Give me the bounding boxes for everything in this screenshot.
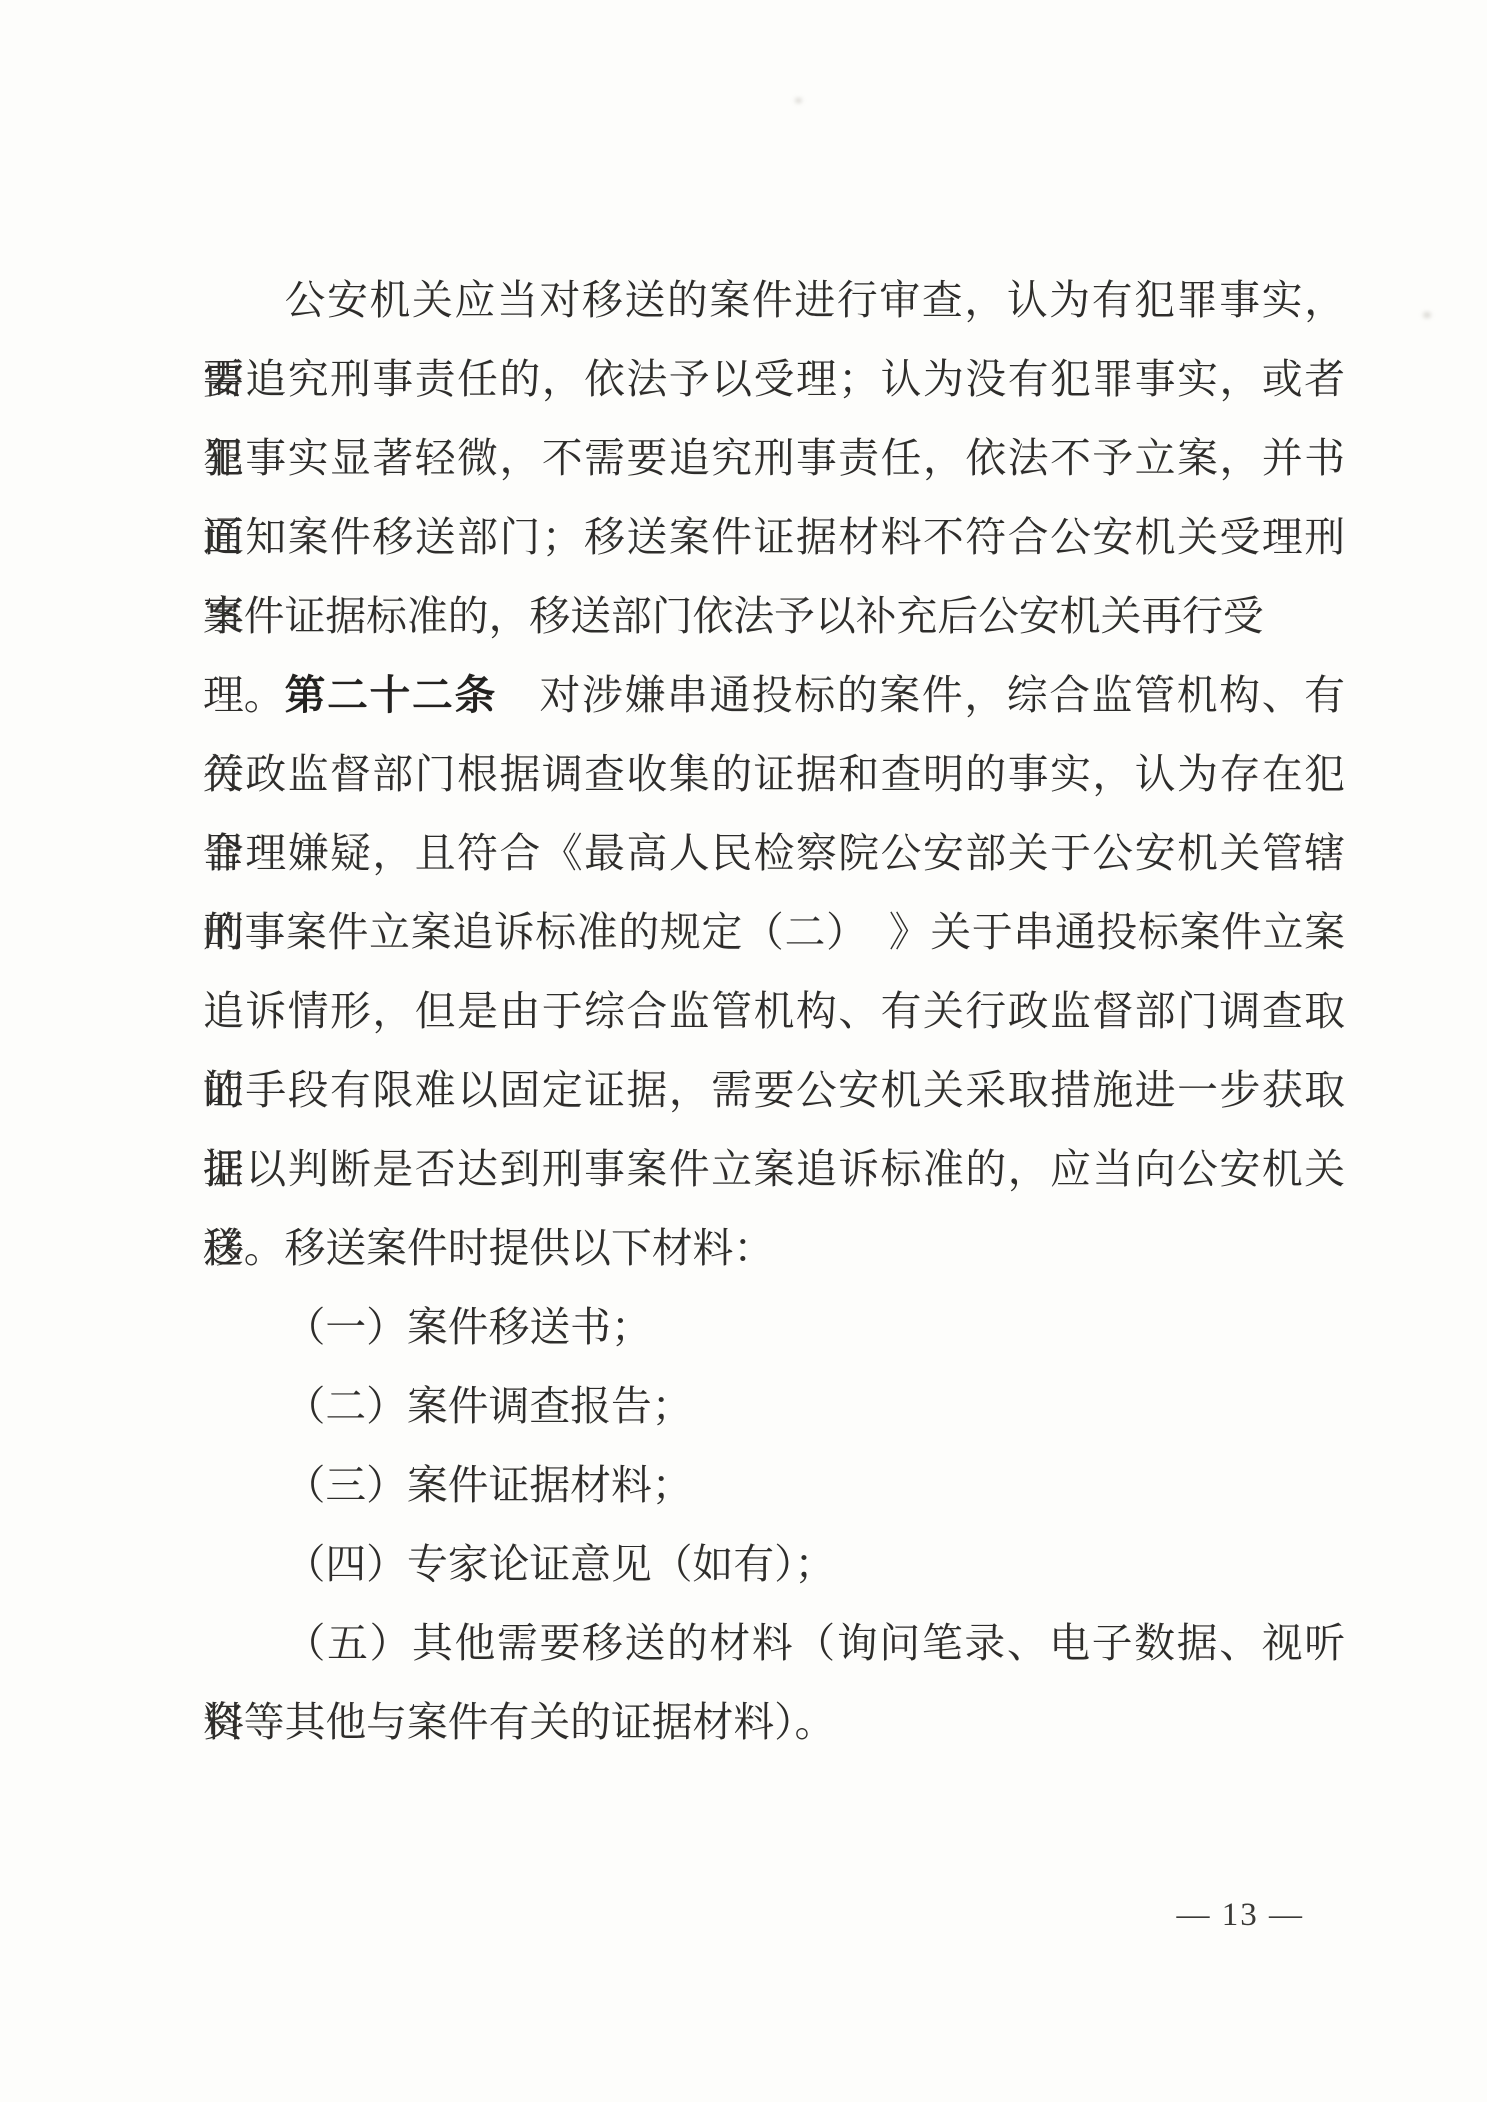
text-line: 第二十二条 对涉嫌串通投标的案件，综合监管机构、有关	[203, 656, 1345, 735]
line-text: 送。移送案件时提供以下材料：	[203, 1226, 774, 1271]
text-line: 追诉情形，但是由于综合监管机构、有关行政监督部门调查取证	[203, 972, 1345, 1051]
line-text: 刑事案件立案追诉标准的规定（二） 》关于串通投标案件立案	[203, 910, 1345, 955]
text-line: 的手段有限难以固定证据，需要公安机关采取措施进一步获取证	[203, 1051, 1345, 1130]
text-line: 公安机关应当对移送的案件进行审查，认为有犯罪事实，需	[203, 261, 1345, 340]
text-line: 刑事案件立案追诉标准的规定（二） 》关于串通投标案件立案	[203, 893, 1345, 972]
text-line: 料等其他与案件有关的证据材料）。	[203, 1683, 1345, 1762]
text-line: 合理嫌疑，且符合《最高人民检察院公安部关于公安机关管辖的	[203, 814, 1345, 893]
list-item: （四）专家论证意见（如有）；	[203, 1525, 1345, 1604]
line-text: （三）案件证据材料；	[285, 1463, 693, 1508]
text-line: 行政监督部门根据调查收集的证据和查明的事实，认为存在犯罪	[203, 735, 1345, 814]
text-line: 据以判断是否达到刑事案件立案追诉标准的，应当向公安机关移	[203, 1130, 1345, 1209]
scan-speck	[1423, 312, 1431, 318]
line-text: （四）专家论证意见（如有）；	[285, 1542, 836, 1587]
text-line: 罪事实显著轻微，不需要追究刑事责任，依法不予立案，并书面	[203, 419, 1345, 498]
list-item: （一）案件移送书；	[203, 1288, 1345, 1367]
text-line: 送。移送案件时提供以下材料：	[203, 1209, 1345, 1288]
text-line: 要追究刑事责任的，依法予以受理；认为没有犯罪事实，或者犯	[203, 340, 1345, 419]
document-body: 公安机关应当对移送的案件进行审查，认为有犯罪事实，需 要追究刑事责任的，依法予以…	[203, 261, 1345, 1762]
line-text: （二）案件调查报告；	[285, 1384, 693, 1429]
article-number: 第二十二条	[285, 673, 497, 718]
text-line: 案件证据标准的，移送部门依法予以补充后公安机关再行受理。	[203, 577, 1345, 656]
list-item: （三）案件证据材料；	[203, 1446, 1345, 1525]
line-text: 料等其他与案件有关的证据材料）。	[203, 1700, 835, 1745]
scan-speck	[795, 98, 802, 103]
page-number: — 13 —	[1177, 1893, 1305, 1937]
document-page: 公安机关应当对移送的案件进行审查，认为有犯罪事实，需 要追究刑事责任的，依法予以…	[0, 0, 1487, 2102]
line-text: （一）案件移送书；	[285, 1305, 652, 1350]
list-item: （五）其他需要移送的材料（询问笔录、电子数据、视听资	[203, 1604, 1345, 1683]
text-line: 通知案件移送部门；移送案件证据材料不符合公安机关受理刑事	[203, 498, 1345, 577]
list-item: （二）案件调查报告；	[203, 1367, 1345, 1446]
